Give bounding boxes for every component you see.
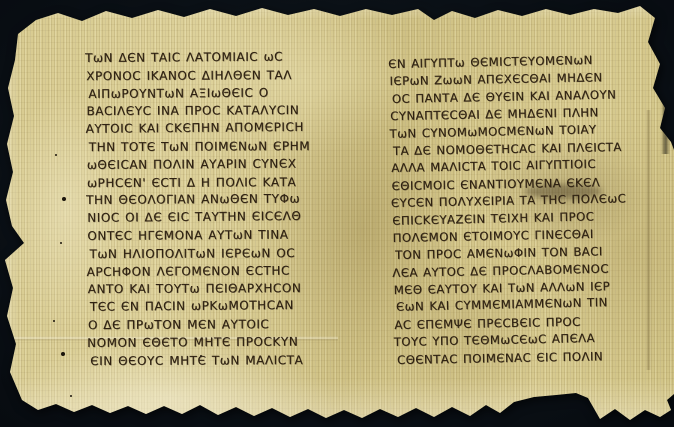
manuscript-line: ΝΙΟC ΟΙ ΔЄ ЄΙC ΤΑΥΤΗΝ ЄΙCЄΛΘ	[87, 208, 349, 228]
right-text-column: ЄΝ ΑΙΓΥΠΤω ΘЄΜΙCΤЄΥΟΜЄΝωΝ ΙЄΡωΝ ΖωωΝ ΑΠЄ…	[389, 50, 670, 368]
manuscript-line: ΤЄC ЄΝ ΠΑCΙΝ ωΡΚωΜΟΤΗCΑΝ	[90, 297, 350, 317]
manuscript-line: ΑΡCΗΦΟΝ ΛЄΓΟΜЄΝΟΝ ЄCΤΗC	[86, 262, 349, 282]
papyrus-sheet: ΤωΝ ΔЄΝ ΤΑΙC ΛΑΤΟΜΙΑΙC ωC ΧΡΟΝΟC ΙΚΑΝΟC …	[0, 0, 674, 427]
manuscript-line: ΑΥΤΟΙC ΚΑΙ CΚЄΠΗΝ ΑΠΟΜЄΡΙCΗ	[85, 119, 348, 139]
manuscript-line: ΤΗΝ ΤΟΤЄ ΤωΝ ΠΟΙΜЄΝωΝ ЄΡΗΜ	[89, 138, 349, 157]
manuscript-photo: ΤωΝ ΔЄΝ ΤΑΙC ΛΑΤΟΜΙΑΙC ωC ΧΡΟΝΟC ΙΚΑΝΟC …	[0, 0, 674, 427]
manuscript-line: ΤωΝ ΔЄΝ ΤΑΙC ΛΑΤΟΜΙΑΙC ωC	[85, 48, 348, 68]
manuscript-line: ωΘЄΙCΑΝ ΠΟΛΙΝ ΑΥΑΡΙΝ CΥΝЄΧ	[87, 155, 349, 175]
ink-specks	[55, 154, 57, 156]
manuscript-line: Ο ΔЄ ΠΡωΤΟΝ ΜЄΝ ΑΥΤΟΙC	[88, 316, 350, 335]
manuscript-line: ΝΟΜΟΝ ЄΘЄΤΟ ΜΗΤЄ ΠΡΟCΚΥΝ	[87, 333, 350, 353]
manuscript-line: ΤωΝ ΗΛΙΟΠΟΛΙΤωΝ ΙЄΡЄωΝ ΟC	[89, 245, 349, 264]
left-text-column: ΤωΝ ΔЄΝ ΤΑΙC ΛΑΤΟΜΙΑΙC ωC ΧΡΟΝΟC ΙΚΑΝΟC …	[86, 48, 350, 370]
manuscript-line: ωΡΗCЄΝ' ЄCΤΙ Δ Η ΠΟΛΙC ΚΑΤΑ	[87, 173, 349, 192]
manuscript-line: ΑΙΠωΡΟΥΝΤωΝ ΑΞΙωΘЄΙC Ο	[88, 84, 348, 104]
manuscript-line: ΧΡΟΝΟC ΙΚΑΝΟC ΔΙΗΛΘЄΝ ΤΑΛ	[86, 67, 348, 86]
manuscript-line: ЄΙΝ ΘЄΟΥC ΜΗΤЄ ΤωΝ ΜΑΛΙCΤΑ	[90, 351, 350, 370]
papyrus-texture: ΤωΝ ΔЄΝ ΤΑΙC ΛΑΤΟΜΙΑΙC ωC ΧΡΟΝΟC ΙΚΑΝΟC …	[0, 0, 674, 427]
manuscript-line: ΟΝΤЄC ΗΓЄΜΟΝΑ ΑΥΤωΝ ΤΙΝΑ	[87, 226, 349, 246]
